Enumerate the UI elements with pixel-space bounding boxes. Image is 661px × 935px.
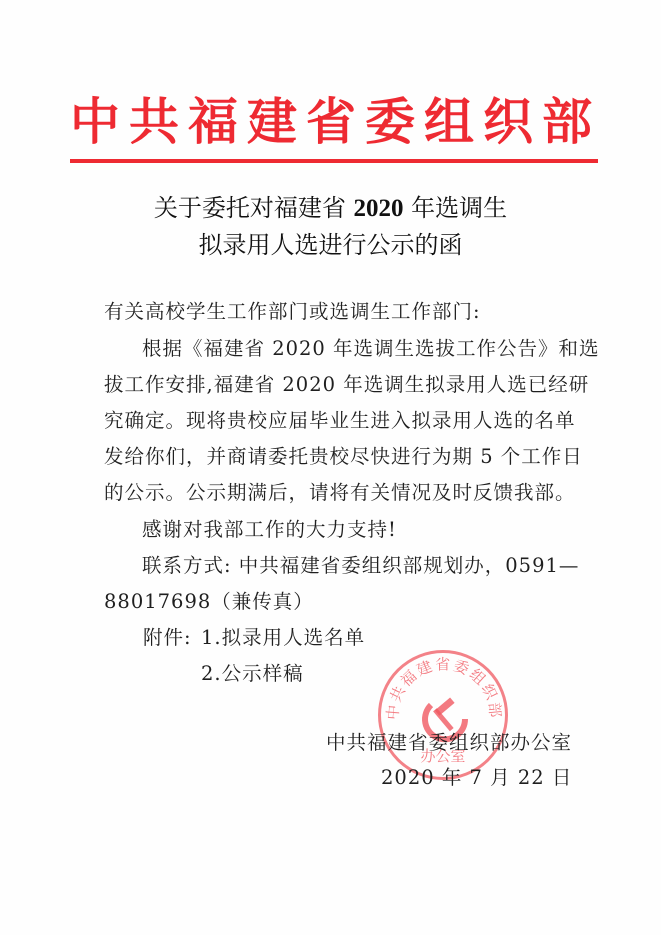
- salutation: 有关高校学生工作部门或选调生工作部门:: [104, 294, 481, 331]
- signature-date: 2020 年 7 月 22 日: [381, 760, 572, 796]
- attachment-item-1: 1.拟录用人选名单: [201, 620, 365, 656]
- masthead-title: 中共福建省委组织部: [70, 90, 598, 154]
- contact-line-2: 88017698（兼传真）: [104, 584, 314, 621]
- document-title-line2: 拟录用人选进行公示的函: [0, 225, 661, 265]
- thanks-line: 感谢对我部工作的大力支持!: [142, 512, 397, 549]
- attachments-label: 附件:: [143, 620, 192, 656]
- document-page: 中共福建省委组织部 关于委托对福建省 2020 年选调生 拟录用人选进行公示的函…: [0, 0, 661, 935]
- title-year: 2020: [354, 195, 404, 222]
- body-line-3: 究确定。现将贵校应届毕业生进入拟录用人选的名单: [104, 403, 576, 440]
- body-line-1: 根据《福建省 2020 年选调生选拔工作公告》和选: [142, 331, 600, 368]
- document-title-line1: 关于委托对福建省 2020 年选调生: [0, 188, 661, 229]
- title-prefix: 关于委托对福建省: [154, 194, 346, 222]
- attachment-item-2: 2.公示样稿: [201, 656, 304, 692]
- contact-line-1: 联系方式: 中共福建省委组织部规划办，0591—: [142, 548, 579, 585]
- body-line-2: 拔工作安排,福建省 2020 年选调生拟录用人选已经研: [104, 367, 589, 404]
- body-line-4: 发给你们，并商请委托贵校尽快进行为期 5 个工作日: [104, 439, 583, 476]
- title-suffix: 年选调生: [411, 194, 507, 222]
- masthead-red-rule: [70, 159, 598, 163]
- body-line-5: 的公示。公示期满后，请将有关情况及时反馈我部。: [104, 475, 576, 512]
- signature-organization: 中共福建省委组织部办公室: [326, 725, 572, 761]
